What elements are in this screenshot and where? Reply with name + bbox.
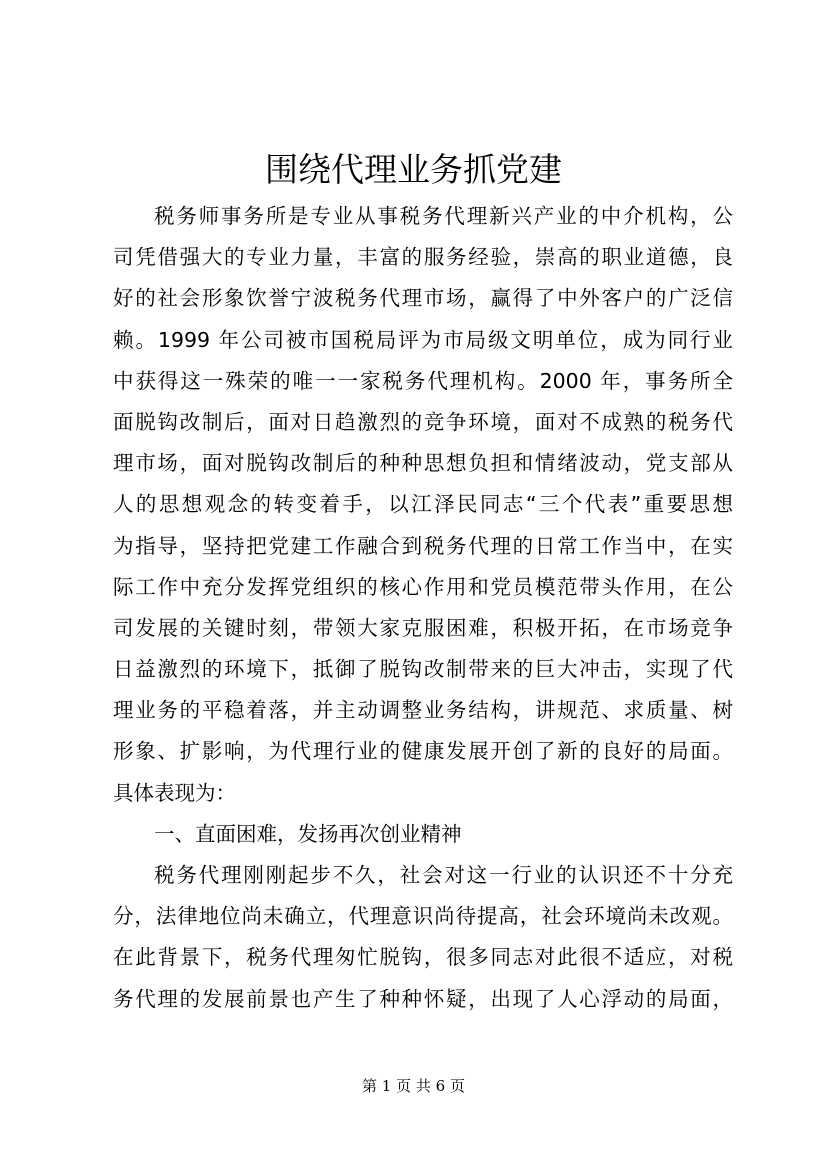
paragraph-line: 税务师事务所是专业从事税务代理新兴产业的中介机构，公: [113, 196, 733, 237]
paragraph-line: 理业务的平稳着落，并主动调整业务结构，讲规范、求质量、树: [113, 690, 733, 731]
section-heading: 一、直面困难，发扬再次创业精神: [113, 814, 733, 855]
document-title: 围绕代理业务抓党建: [0, 144, 827, 191]
paragraph-line: 分，法律地位尚未确立，代理意识尚待提高，社会环境尚未改观。: [113, 896, 733, 937]
paragraph-line: 司凭借强大的专业力量，丰富的服务经验，崇高的职业道德，良: [113, 237, 733, 278]
paragraph-line: 面脱钩改制后，面对日趋激烈的竞争环境，面对不成熟的税务代: [113, 402, 733, 443]
paragraph-line: 际工作中充分发挥党组织的核心作用和党员模范带头作用，在公: [113, 567, 733, 608]
paragraph-line: 日益激烈的环境下，抵御了脱钩改制带来的巨大冲击，实现了代: [113, 649, 733, 690]
paragraph-line: 具体表现为：: [113, 773, 733, 814]
paragraph-line: 中获得这一殊荣的唯一一家税务代理机构。2000 年，事务所全: [113, 361, 733, 402]
paragraph-line: 务代理的发展前景也产生了种种怀疑，出现了人心浮动的局面，: [113, 979, 733, 1020]
paragraph-line: 赖。1999 年公司被市国税局评为市局级文明单位，成为同行业: [113, 320, 733, 361]
paragraph-line: 在此背景下，税务代理匆忙脱钩，很多同志对此很不适应，对税: [113, 937, 733, 978]
paragraph-line: 理市场，面对脱钩改制后的种种思想负担和情绪波动，党支部从: [113, 443, 733, 484]
paragraph-line: 税务代理刚刚起步不久，社会对这一行业的认识还不十分充: [113, 855, 733, 896]
paragraph-line: 好的社会形象饮誉宁波税务代理市场，赢得了中外客户的广泛信: [113, 278, 733, 319]
paragraph-line: 形象、扩影响，为代理行业的健康发展开创了新的良好的局面。: [113, 731, 733, 772]
paragraph-line: 司发展的关键时刻，带领大家克服困难，积极开拓，在市场竞争: [113, 608, 733, 649]
document-body: 税务师事务所是专业从事税务代理新兴产业的中介机构，公 司凭借强大的专业力量，丰富…: [113, 196, 733, 1020]
paragraph-line: 为指导，坚持把党建工作融合到税务代理的日常工作当中，在实: [113, 526, 733, 567]
document-page: 围绕代理业务抓党建 税务师事务所是专业从事税务代理新兴产业的中介机构，公 司凭借…: [0, 0, 827, 1170]
page-indicator: 第 1 页 共 6 页: [0, 1075, 827, 1096]
paragraph-line: 人的思想观念的转变着手，以江泽民同志“三个代表”重要思想: [113, 484, 733, 525]
